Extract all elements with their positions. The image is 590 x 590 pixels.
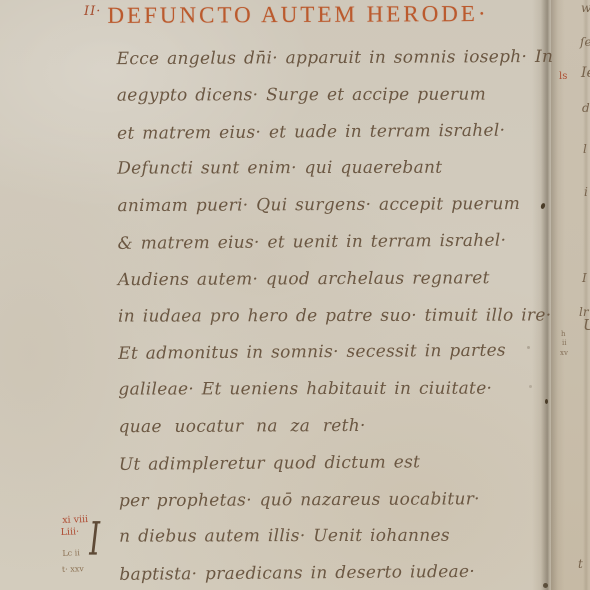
edge-red-canon-mark: ls — [559, 72, 567, 82]
text-line: baptista· praedicans in deserto iudeae· — [119, 553, 559, 590]
manuscript-page: w ſe ls Ie d l i I lr U h ii xv t II·DEF… — [0, 0, 590, 590]
edge-canon-numeral: xv — [560, 350, 568, 357]
text-line: & matrem eius· et uenit in terram israhe… — [117, 222, 557, 262]
edge-text-fragment: ſe — [580, 36, 590, 48]
edge-text-fragment: t — [578, 558, 583, 570]
text-line-content: n diebus autem illis· Uenit iohannes — [119, 526, 450, 547]
edge-text-fragment: i — [584, 186, 588, 198]
text-line: aegypto dicens· Surge et accipe puerum — [117, 76, 557, 114]
text-line: in iudaea pro hero de patre suo· timuit … — [118, 297, 558, 335]
text-line: galileae· Et ueniens habitauit in ciuita… — [118, 371, 558, 409]
rubric-text: DEFUNCTO AUTEM HERODE· — [107, 1, 488, 28]
edge-text-fragment: I — [582, 272, 587, 284]
edge-text-fragment: w — [581, 2, 590, 14]
chapter-number: II· — [84, 4, 101, 19]
canon-note: Lc ii — [62, 549, 80, 558]
parchment-speck — [543, 583, 548, 588]
edge-text-fragment: l — [583, 143, 587, 155]
text-line: Ecce angelus dn̄i· apparuit in somnis io… — [117, 39, 557, 78]
edge-canon-numeral: ii — [562, 340, 566, 347]
parchment-speck — [545, 399, 548, 404]
text-line: quae uocatur na za reth· — [118, 407, 558, 446]
edge-canon-numeral: h — [561, 331, 566, 338]
text-line: In diebus autem illis· Uenit iohannes — [119, 518, 559, 556]
parchment-speck — [527, 346, 530, 349]
edge-text-fragment: U — [583, 318, 590, 333]
text-block: Ecce angelus dn̄i· apparuit in somnis io… — [117, 39, 560, 590]
canon-note: Liii· — [60, 527, 79, 537]
text-line: per prophetas· quō nazareus uocabitur· — [119, 480, 559, 519]
canon-note: xi viii — [62, 515, 88, 525]
text-line: animam pueri· Qui surgens· accepit pueru… — [117, 186, 557, 225]
parchment-speck — [529, 385, 532, 388]
text-line: Ut adimpleretur quod dictum est — [119, 443, 559, 483]
text-line: et matrem eius· et uade in terram israhe… — [117, 112, 557, 152]
canon-note: t· xxv — [62, 565, 84, 574]
edge-text-fragment: Ie — [581, 66, 590, 80]
edge-text-fragment: d — [582, 102, 590, 114]
text-line: Defuncti sunt enim· qui quaerebant — [117, 150, 557, 188]
rubric-heading: II·DEFUNCTO AUTEM HERODE· — [84, 1, 489, 29]
text-line: Audiens autem· quod archelaus regnaret — [118, 260, 558, 299]
text-line: Et admonitus in somnis· secessit in part… — [118, 333, 558, 373]
